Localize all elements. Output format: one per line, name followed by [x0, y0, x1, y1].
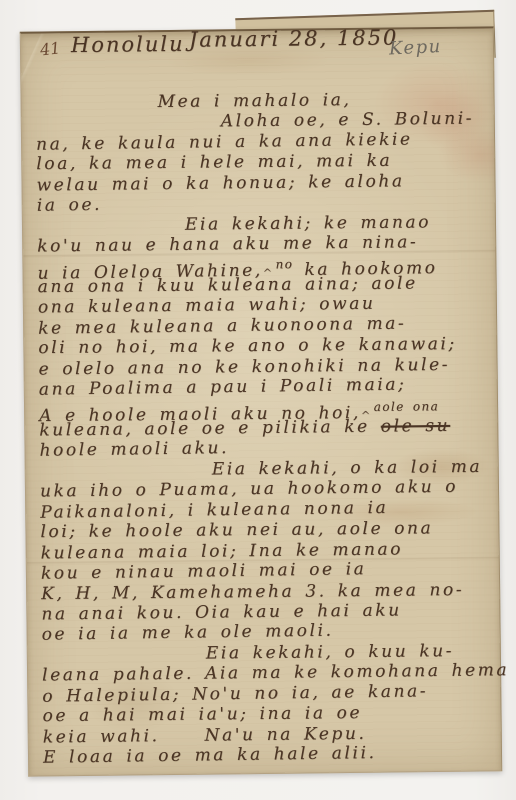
letter-text: keia wahi.: [43, 726, 160, 747]
letter-text: oe ia ia me ka ole maoli.: [41, 621, 333, 645]
letter-text: E loaa ia oe ma ka hale alii.: [43, 743, 377, 768]
letter-text: oe a hai mai ia'u; ina ia oe: [42, 703, 362, 726]
letter-text: kou e ninau maoli mai oe ia: [41, 559, 367, 584]
letter-text-strike: ole su: [381, 416, 451, 437]
letter-place: Honolulu: [71, 32, 185, 57]
letter-paper: 41 Honolulu Januari 28, 1850 Kepu Mea i …: [20, 26, 502, 776]
letter-text: loi; ke hoole aku nei au, aole ona: [40, 519, 433, 543]
letter-line: A e hoole maoli aku no hoi,^aole ona: [39, 395, 491, 420]
letter-line: Eia kekahi, o kuu ku-: [42, 641, 494, 666]
letter-text: hoole maoli aku.: [39, 438, 229, 461]
letter-line: Eia kekahi, o ka loi ma: [40, 457, 492, 482]
letter-text: oli no hoi, ma ke ano o ke kanawai;: [38, 334, 457, 358]
letter-text: ana Poalima a pau i Poali maia;: [39, 375, 407, 400]
letter-text: Na'u na Kepu.: [204, 723, 366, 745]
letter-text: Eia kekahi; ke manao: [185, 212, 431, 234]
letter-text: Eia kekahi, o kuu ku-: [206, 641, 454, 663]
pencil-note-kepu: Kepu: [389, 36, 443, 59]
letter-body: Mea i mahalo ia,Aloha oe, e S. Boluni-na…: [35, 88, 495, 768]
letter-text: Mea i mahalo ia,: [157, 90, 351, 112]
caret-insertion-mark: ^: [361, 408, 373, 421]
letter-text: ana ona i kuu kuleana aina; aole: [38, 273, 418, 297]
letter-text: K, H, M, Kamehameha 3. ka mea no-: [41, 580, 464, 604]
letter-line: ana ona i kuu kuleana aina; aole: [38, 273, 490, 298]
letter-text-sup: no: [275, 257, 293, 271]
letter-text: ia oe.: [37, 195, 103, 216]
letter-line: Mea i mahalo ia,: [36, 89, 488, 114]
letter-text: A e hoole maoli aku no hoi,: [39, 403, 361, 426]
letter-text: loa, ka mea i hele mai, mai ka: [36, 151, 392, 174]
letter-line: K, H, M, Kamehameha 3. ka mea no-: [41, 579, 493, 604]
letter-line: Eia kekahi; ke manao: [37, 211, 489, 236]
page-number-annotation: 41: [39, 38, 61, 59]
letter-text-sup: aole ona: [374, 399, 440, 414]
letter-text: Eia kekahi, o ka loi ma: [212, 457, 483, 480]
letter-date: Januari 28, 1850: [189, 25, 399, 51]
scan-background: 41 Honolulu Januari 28, 1850 Kepu Mea i …: [0, 0, 516, 800]
